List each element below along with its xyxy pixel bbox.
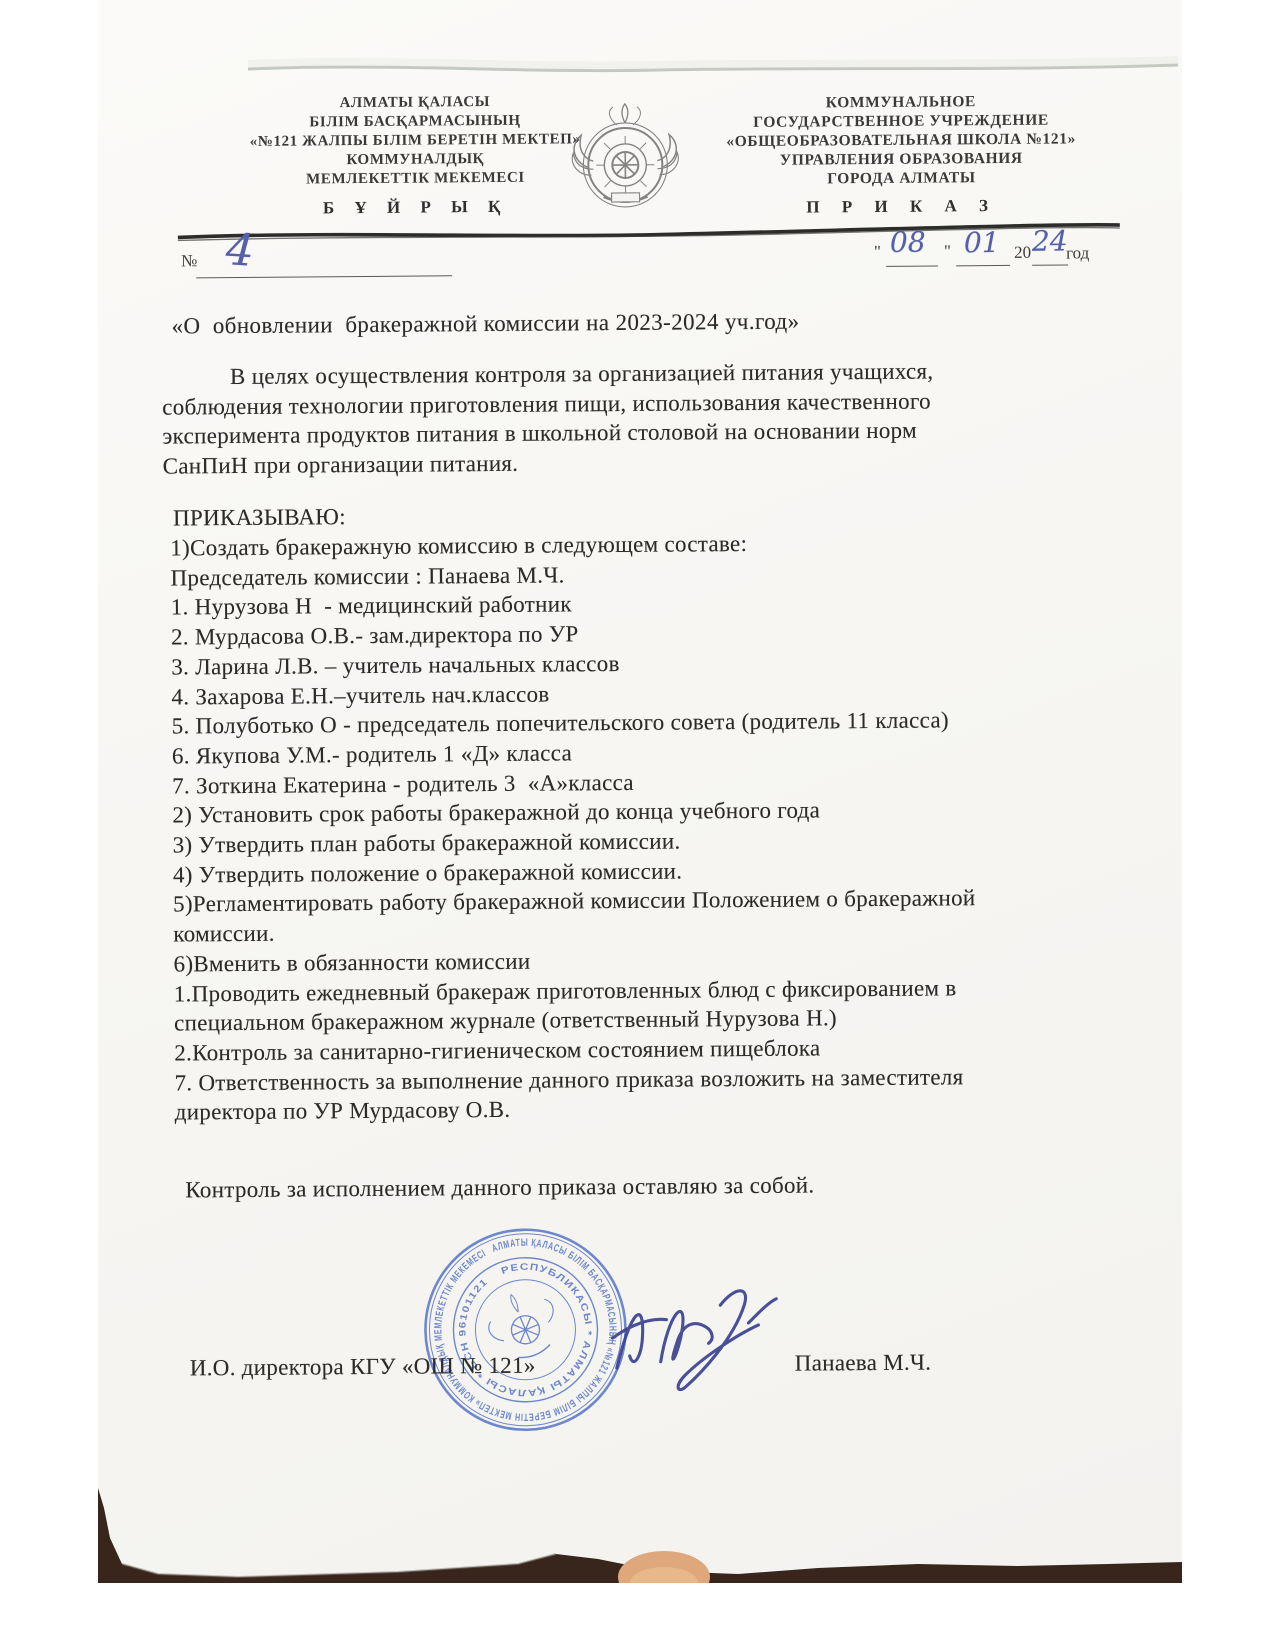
order-title: «О обновлении бракеражной комиссии на 20… <box>171 309 799 340</box>
intro-line: СанПиН при организации питания. <box>163 446 935 482</box>
date-day-handwritten: 08 <box>890 226 926 259</box>
document-content: АЛМАТЫ ҚАЛАСЫБІЛІМ БАСҚАРМАСЫНЫҢ«№121 ЖА… <box>0 0 1275 1650</box>
letterhead-line: ГОРОДА АЛМАТЫ <box>685 167 1117 189</box>
letterhead-russian: КОММУНАЛЬНОЕГОСУДАРСТВЕННОЕ УЧРЕЖДЕНИЕ«О… <box>685 91 1118 217</box>
order-body-line: 5. Полуботько О - председатель попечител… <box>172 705 975 741</box>
letterhead-line: МЕМЛЕКЕТТІК МЕКЕМЕСІ <box>230 168 600 190</box>
kazakhstan-coat-of-arms-icon <box>561 100 690 219</box>
letterhead-line: «ОБЩЕОБРАЗОВАТЕЛЬНАЯ ШКОЛА №121» <box>685 129 1117 151</box>
letterhead-kazakh: АЛМАТЫ ҚАЛАСЫБІЛІМ БАСҚАРМАСЫНЫҢ«№121 ЖА… <box>230 92 601 218</box>
document-photo-page: { "header": { "left": { "lines": [ "АЛМА… <box>0 0 1275 1650</box>
date-month-handwritten: 01 <box>964 226 1000 259</box>
letterhead-line: «№121 ЖАЛПЫ БІЛІМ БЕРЕТІН МЕКТЕП» <box>230 130 600 152</box>
date-close-quote: " <box>944 241 951 261</box>
order-body: 1)Создать бракеражную комиссию в следующ… <box>170 527 977 1127</box>
order-word-kazakh: Б Ұ Й Р Ы Қ <box>231 196 601 218</box>
letterhead-kazakh-lines: АЛМАТЫ ҚАЛАСЫБІЛІМ БАСҚАРМАСЫНЫҢ«№121 ЖА… <box>230 92 601 190</box>
table-edge-dark-band <box>98 1480 1182 1583</box>
school-round-stamp: АЛМАТЫ ҚАЛАСЫ БІЛІМ БАСҚАРМАСЫНЫҢ «№121 … <box>418 1222 634 1438</box>
letterhead-russian-lines: КОММУНАЛЬНОЕГОСУДАРСТВЕННОЕ УЧРЕЖДЕНИЕ«О… <box>685 91 1118 189</box>
intro-paragraph: В целях осуществления контроля за органи… <box>162 357 934 482</box>
order-number-handwritten: 4 <box>224 224 255 277</box>
date-open-quote: " <box>874 242 881 262</box>
director-position-label: И.О. директора КГУ «ОШ № 121» <box>190 1353 536 1382</box>
control-statement: Контроль за исполнением данного приказа … <box>185 1170 814 1205</box>
date-century-printed: 20 <box>1014 243 1031 263</box>
order-heading: ПРИКАЗЫВАЮ: <box>173 502 346 533</box>
date-year-handwritten: 24 <box>1032 224 1068 257</box>
director-signature <box>602 1271 793 1412</box>
order-body-line: директора по УР Мурдасову О.В. <box>175 1092 978 1128</box>
intro-line: эксперимента продуктов питания в школьно… <box>162 416 934 452</box>
order-number-label: № <box>181 251 197 271</box>
director-name: Панаева М.Ч. <box>795 1350 932 1377</box>
date-era-label: год <box>1066 243 1089 263</box>
order-word-russian: П Р И К А З <box>686 195 1118 217</box>
